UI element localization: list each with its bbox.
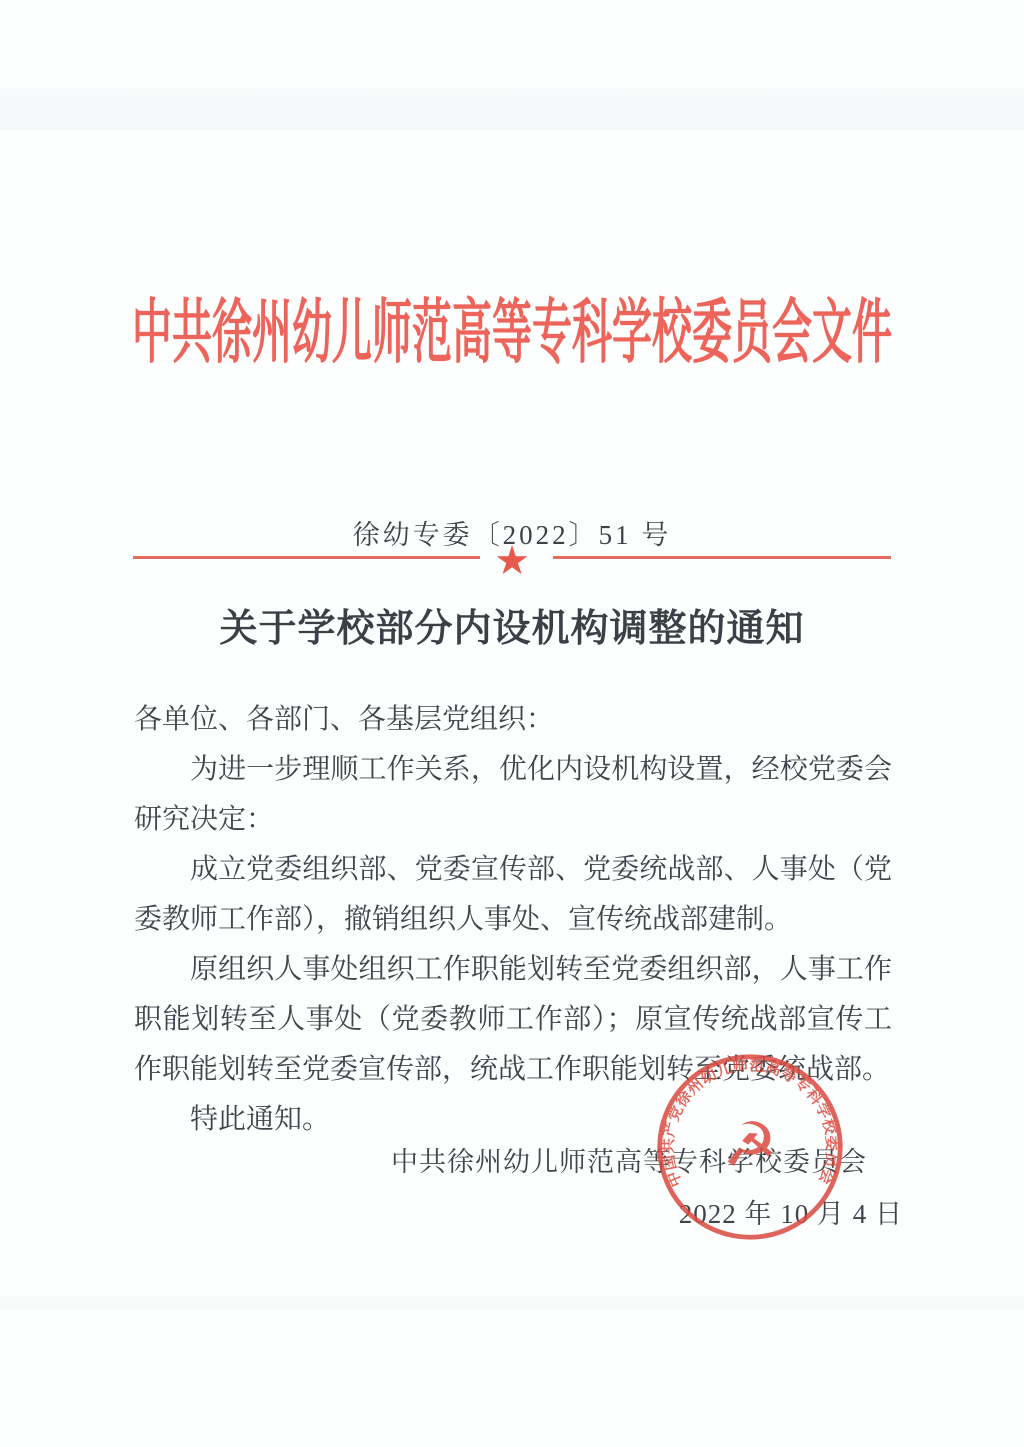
official-document-page: 中共徐州幼儿师范高等专科学校委员会文件 徐幼专委〔2022〕51 号 ★ 关于学… (0, 0, 1024, 1447)
body-paragraph: 为进一步理顺工作关系，优化内设机构设置，经校党委会研究决定： (134, 745, 892, 845)
star-icon: ★ (0, 541, 1024, 581)
official-seal: 中国共产党徐州幼儿师范高等专科学校委员会 ☭ (654, 1051, 846, 1243)
salutation: 各单位、各部门、各基层党组织： (134, 695, 892, 745)
scan-artifact (0, 88, 1024, 130)
scan-artifact (0, 1296, 1024, 1310)
notice-title: 关于学校部分内设机构调整的通知 (0, 597, 1024, 652)
hammer-sickle-icon: ☭ (722, 1110, 777, 1181)
document-header-title: 中共徐州幼儿师范高等专科学校委员会文件 (0, 270, 1024, 396)
body-paragraph: 成立党委组织部、党委宣传部、党委统战部、人事处（党委教师工作部），撤销组织人事处… (134, 845, 892, 945)
